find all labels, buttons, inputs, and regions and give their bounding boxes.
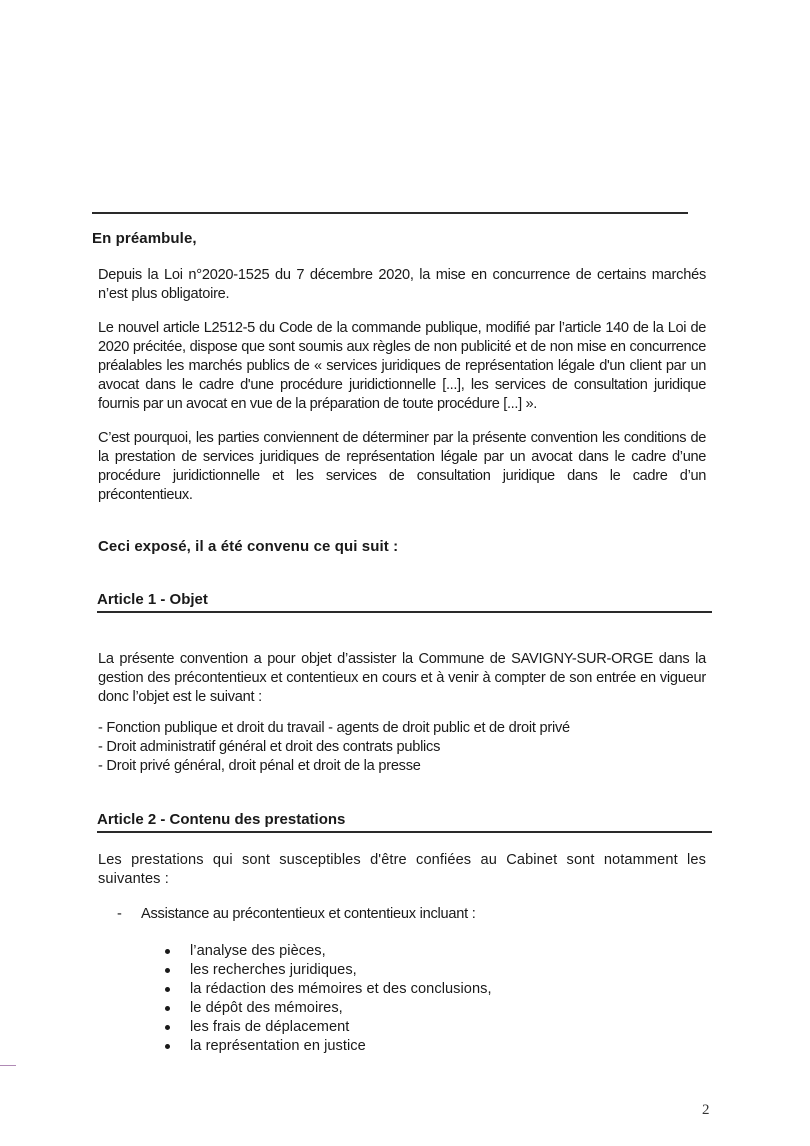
preamble-heading: En préambule, — [92, 230, 197, 247]
list-item: la représentation en justice — [162, 1037, 492, 1056]
list-item: l’analyse des pièces, — [162, 942, 492, 961]
list-item: le dépôt des mémoires, — [162, 999, 492, 1018]
bullet-icon — [165, 949, 170, 954]
margin-mark — [0, 1065, 16, 1066]
list-item: les frais de déplacement — [162, 1018, 492, 1037]
article-1-intro: La présente convention a pour objet d’as… — [98, 650, 706, 707]
bullet-icon — [165, 1044, 170, 1049]
article-2-title: Article 2 - Contenu des prestations — [97, 811, 712, 833]
dash-marker: - — [117, 906, 141, 922]
preamble-paragraph-2: Le nouvel article L2512-5 du Code de la … — [98, 319, 706, 414]
dash-item-text: Assistance au précontentieux et contenti… — [141, 906, 476, 922]
preamble-paragraph-1: Depuis la Loi n°2020-1525 du 7 décembre … — [98, 266, 706, 304]
document-page: En préambule, Depuis la Loi n°2020-1525 … — [0, 0, 810, 1146]
article-2-bullet-list: l’analyse des pièces, les recherches jur… — [162, 942, 492, 1056]
article-1-item: - Fonction publique et droit du travail … — [98, 720, 570, 736]
bullet-icon — [165, 987, 170, 992]
list-item: les recherches juridiques, — [162, 961, 492, 980]
header-rule — [92, 212, 688, 214]
article-2-dash-item: -Assistance au précontentieux et content… — [117, 906, 476, 922]
preamble-paragraph-3: C’est pourquoi, les parties conviennent … — [98, 429, 706, 505]
article-1-item: - Droit privé général, droit pénal et dr… — [98, 758, 421, 774]
agreement-heading: Ceci exposé, il a été convenu ce qui sui… — [98, 538, 398, 555]
bullet-icon — [165, 968, 170, 973]
bullet-icon — [165, 1025, 170, 1030]
page-number: 2 — [702, 1102, 710, 1119]
article-1-title: Article 1 - Objet — [97, 591, 712, 613]
article-2-intro: Les prestations qui sont susceptibles d'… — [98, 851, 706, 889]
article-1-item: - Droit administratif général et droit d… — [98, 739, 440, 755]
list-item: la rédaction des mémoires et des conclus… — [162, 980, 492, 999]
bullet-icon — [165, 1006, 170, 1011]
